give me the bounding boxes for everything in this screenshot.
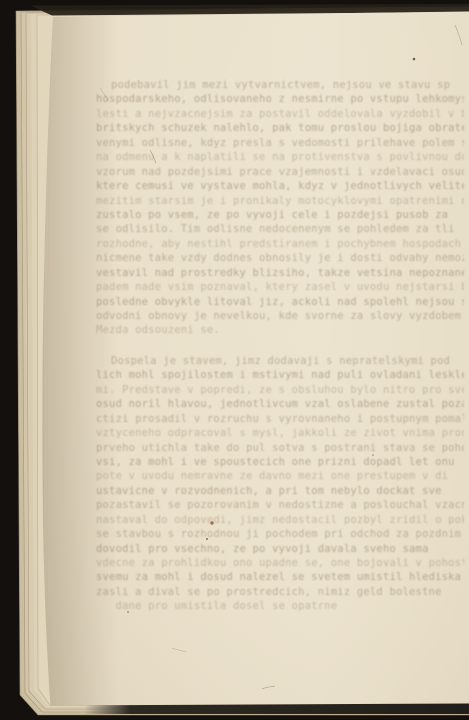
paper-speck	[372, 454, 374, 456]
paper-speck	[127, 611, 129, 613]
paper-speck	[210, 521, 213, 524]
scanned-book-page: { "document": { "kind": "book page scan"…	[0, 0, 469, 720]
scan-viewport: podebavil jim mezi vytvarnictvem, nejsou…	[0, 0, 469, 720]
book-scan	[0, 0, 469, 720]
paper-speck	[413, 58, 416, 61]
page-lighting	[0, 0, 469, 720]
paper-speck	[206, 538, 208, 540]
